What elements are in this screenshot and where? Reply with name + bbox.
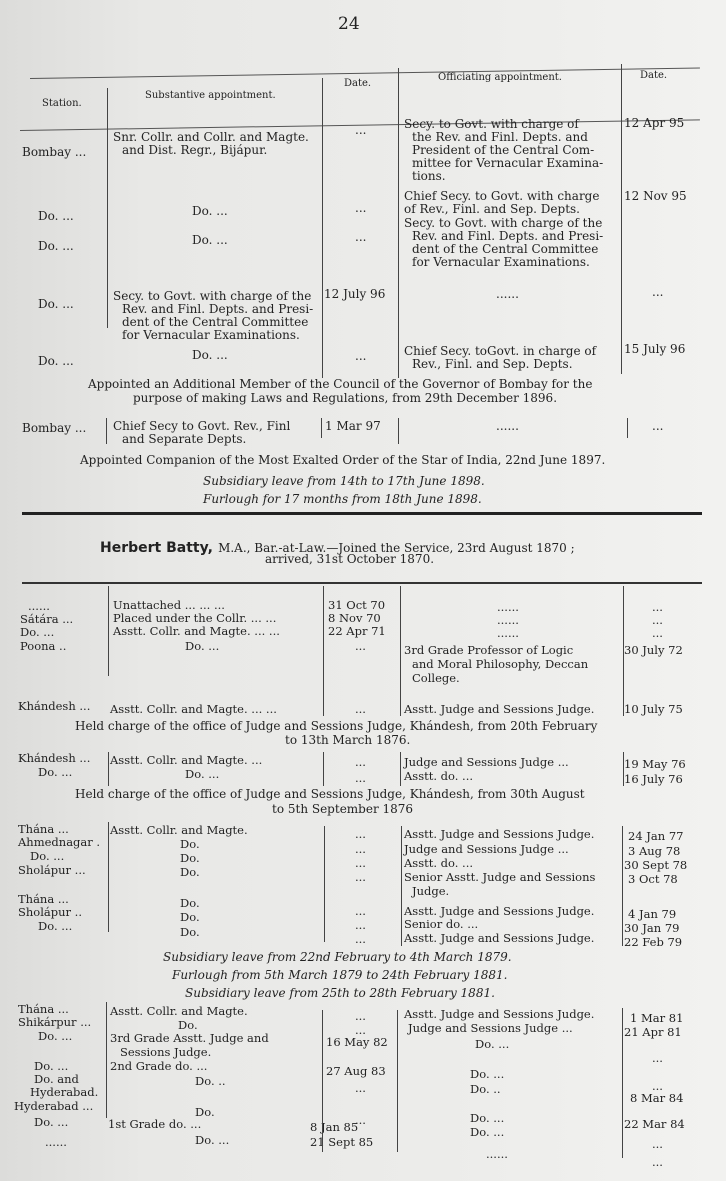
col-divider [323,586,324,716]
substantive-cell: Do. .. [195,1075,226,1088]
col-divider [107,88,108,328]
date-cell: ... [355,202,366,215]
leave-note: Furlough for 17 months from 18th June 18… [203,492,482,506]
substantive-cell: Do. ... [192,205,228,218]
date-cell: ... [652,286,663,299]
officiating-cell: Do. ... [470,1068,504,1081]
col-divider [623,752,624,786]
substantive-cell: Do. ... [192,234,228,247]
substantive-cell: and Separate Depts. [122,433,246,446]
station-cell: Ahmednagar . [18,836,100,849]
officiating-cell: Judge and Sessions Judge ... [408,1022,573,1035]
date-cell: 16 May 82 [326,1036,388,1049]
col-divider [398,68,399,378]
officiating-cell: Do. ... [470,1112,504,1125]
substantive-cell: Do. ... [185,768,219,781]
officiating-cell: Asstt. Judge and Sessions Judge. [404,828,594,841]
substantive-cell: Do. [180,926,200,939]
date-cell: ... [355,756,366,769]
officiating-cell: ...... [486,1148,508,1161]
officiating-cell: Do. ... [470,1126,504,1139]
date-cell: 30 Jan 79 [624,922,679,935]
station-cell: Poona .. [20,640,66,653]
officiating-cell: Asstt. do. ... [404,857,473,870]
col-divider [621,64,622,374]
col-divider [108,752,109,786]
page-number: 24 [338,14,360,34]
date-cell: 1 Mar 97 [325,420,381,433]
substantive-cell: Asstt. Collr. and Magte. ... ... [110,703,277,716]
officiating-cell: ...... [496,420,519,433]
leave-note: Furlough from 5th March 1879 to 24th Feb… [172,968,507,982]
col-divider [622,826,623,946]
station-cell: Do. ... [38,240,74,253]
station-cell: Hyderabad. [30,1086,98,1099]
officiating-cell: Judge and Sessions Judge ... [404,843,569,856]
officiating-cell: and Moral Philosophy, Deccan [412,658,588,671]
date-cell: 8 Jan 85 [310,1121,358,1134]
date-cell: 1 Mar 81 [630,1012,683,1025]
date-cell: ... [355,919,366,932]
date-cell: ... [652,1138,663,1151]
col-divider [400,586,401,716]
section-divider [22,512,702,515]
col-header-officiating: Officiating appointment. [438,72,562,83]
date-cell: ... [355,933,366,946]
date-cell: ... [355,1082,366,1095]
document-page: 24 Station. Substantive appointment. Dat… [0,0,726,1181]
leave-note: Subsidiary leave from 25th to 28th Febru… [185,986,495,1000]
substantive-cell: Asstt. Collr. and Magte. [110,1005,248,1018]
officiating-cell: ...... [497,627,519,640]
col-divider [106,418,107,444]
officer-name: Herbert Batty, [100,540,213,556]
station-cell: Hyderabad ... [14,1100,93,1113]
note-held-charge: Held charge of the office of Judge and S… [75,720,597,733]
date-cell: 8 Mar 84 [630,1092,683,1105]
substantive-cell: 1st Grade do. ... [108,1118,201,1131]
station-cell: Do. ... [38,766,72,779]
station-cell: Do. ... [30,850,64,863]
officiating-cell: tions. [412,170,446,183]
date-cell: 12 Apr 95 [624,117,684,130]
station-cell: Do. ... [34,1116,68,1129]
date-cell: ... [355,124,366,137]
substantive-cell: Do. ... [185,640,219,653]
date-cell: ... [355,905,366,918]
officiating-cell: for Vernacular Examinations. [412,256,590,269]
col-header-substantive: Substantive appointment. [145,90,276,101]
date-cell: ... [355,828,366,841]
col-divider [108,586,109,676]
officiating-cell: of Rev., Finl. and Sep. Depts. [404,203,580,216]
col-divider [321,418,322,438]
date-cell: ... [355,703,366,716]
leave-note: Subsidiary leave from 14th to 17th June … [203,474,485,488]
station-cell: Do. ... [38,920,72,933]
officiating-cell: Judge and Sessions Judge ... [404,756,569,769]
date-cell: 3 Oct 78 [628,873,678,886]
date-cell: ... [652,420,663,433]
officiating-cell: College. [412,672,460,685]
date-cell: 21 Apr 81 [624,1026,682,1039]
date-cell: 30 July 72 [624,644,683,657]
officiating-cell: Senior Asstt. Judge and Sessions [404,871,595,884]
date-cell: 22 Apr 71 [328,625,386,638]
col-divider [108,822,109,932]
substantive-cell: Do. ... [192,349,228,362]
col-divider [324,826,325,942]
officiating-cell: ...... [496,288,519,301]
note-held-charge: to 13th March 1876. [285,734,410,747]
officiating-cell: Asstt. Judge and Sessions Judge. [404,1008,594,1021]
substantive-cell: Asstt. Collr. and Magte. ... [110,754,262,767]
station-cell: Do. ... [38,1030,72,1043]
station-cell: Do. ... [38,355,74,368]
date-cell: ... [652,1052,663,1065]
substantive-cell: Do. [180,866,200,879]
station-cell: Khándesh ... [18,752,90,765]
substantive-cell: Asstt. Collr. and Magte. ... ... [113,625,280,638]
leave-note: Subsidiary leave from 22nd February to 4… [163,950,512,964]
date-cell: 16 July 76 [624,773,683,786]
substantive-cell: for Vernacular Examinations. [122,329,300,342]
date-cell: 10 July 75 [624,703,683,716]
station-cell: Khándesh ... [18,700,90,713]
officiating-cell: Judge. [412,885,449,898]
note-held-charge: to 5th September 1876 [272,803,413,816]
date-cell: 27 Aug 83 [326,1065,386,1078]
date-cell: 22 Mar 84 [624,1118,685,1131]
col-divider [322,1010,323,1152]
officer-details-line2: arrived, 31st October 1870. [265,553,434,566]
officiating-cell: 3rd Grade Professor of Logic [404,644,573,657]
station-cell: Sholápur .. [18,906,82,919]
officiating-cell: Do. .. [470,1083,501,1096]
note-additional-member: Appointed an Additional Member of the Co… [88,378,592,391]
col-header-station: Station. [42,98,82,109]
date-cell: ... [652,627,663,640]
section-divider [22,582,702,584]
station-cell: ...... [45,1136,67,1149]
date-cell: 12 Nov 95 [624,190,687,203]
note-companion: Appointed Companion of the Most Exalted … [80,454,605,467]
date-cell: 21 Sept 85 [310,1136,373,1149]
date-cell: 22 Feb 79 [624,936,682,949]
date-cell: ... [355,857,366,870]
col-divider [397,1010,398,1152]
date-cell: ... [355,843,366,856]
substantive-cell: Do. ... [195,1134,229,1147]
date-cell: 30 Sept 78 [624,859,687,872]
officiating-cell: Asstt. Judge and Sessions Judge. [404,703,594,716]
station-cell: Shikárpur ... [18,1016,91,1029]
station-cell: Bombay ... [22,146,86,159]
substantive-cell: Do. [180,852,200,865]
substantive-cell: Asstt. Collr. and Magte. [110,824,248,837]
date-cell: ... [652,1156,663,1169]
col-header-date1: Date. [344,78,371,89]
col-divider [323,752,324,786]
station-cell: Do. ... [38,210,74,223]
date-cell: 19 May 76 [624,758,686,771]
substantive-cell: Sessions Judge. [120,1046,211,1059]
note-additional-member: purpose of making Laws and Regulations, … [133,392,557,405]
officiating-cell: Senior do. ... [404,918,478,931]
substantive-cell: 3rd Grade Asstt. Judge and [110,1032,269,1045]
officiating-cell: Do. ... [475,1038,509,1051]
col-divider [400,752,401,786]
date-cell: ... [355,1010,366,1023]
station-cell: Sholápur ... [18,864,86,877]
date-cell: 15 July 96 [624,343,685,356]
col-divider [398,418,399,444]
col-header-date2: Date. [640,70,667,81]
date-cell: ... [355,640,366,653]
col-divider [106,1002,107,1118]
date-cell: ... [355,772,366,785]
date-cell: ... [355,871,366,884]
officiating-cell: Asstt. do. ... [404,770,473,783]
station-cell: Do. ... [20,626,54,639]
note-held-charge: Held charge of the office of Judge and S… [75,788,585,801]
station-cell: Bombay ... [22,422,86,435]
officiating-cell: Asstt. Judge and Sessions Judge. [404,932,594,945]
officiating-cell: Rev., Finl. and Sep. Depts. [412,358,573,371]
col-divider [622,1008,623,1158]
date-cell: 3 Aug 78 [628,845,680,858]
substantive-cell: Do. [180,911,200,924]
substantive-cell: Do. [180,897,200,910]
substantive-cell: Do. [180,838,200,851]
substantive-cell: and Dist. Regr., Bijápur. [122,144,267,157]
date-cell: 12 July 96 [324,288,385,301]
col-divider [627,418,628,438]
col-divider [322,78,323,378]
station-cell: Do. ... [38,298,74,311]
substantive-cell: 2nd Grade do. ... [110,1060,207,1073]
date-cell: ... [355,231,366,244]
col-divider [401,826,402,946]
date-cell: 24 Jan 77 [628,830,683,843]
date-cell: 4 Jan 79 [628,908,676,921]
date-cell: ... [355,350,366,363]
